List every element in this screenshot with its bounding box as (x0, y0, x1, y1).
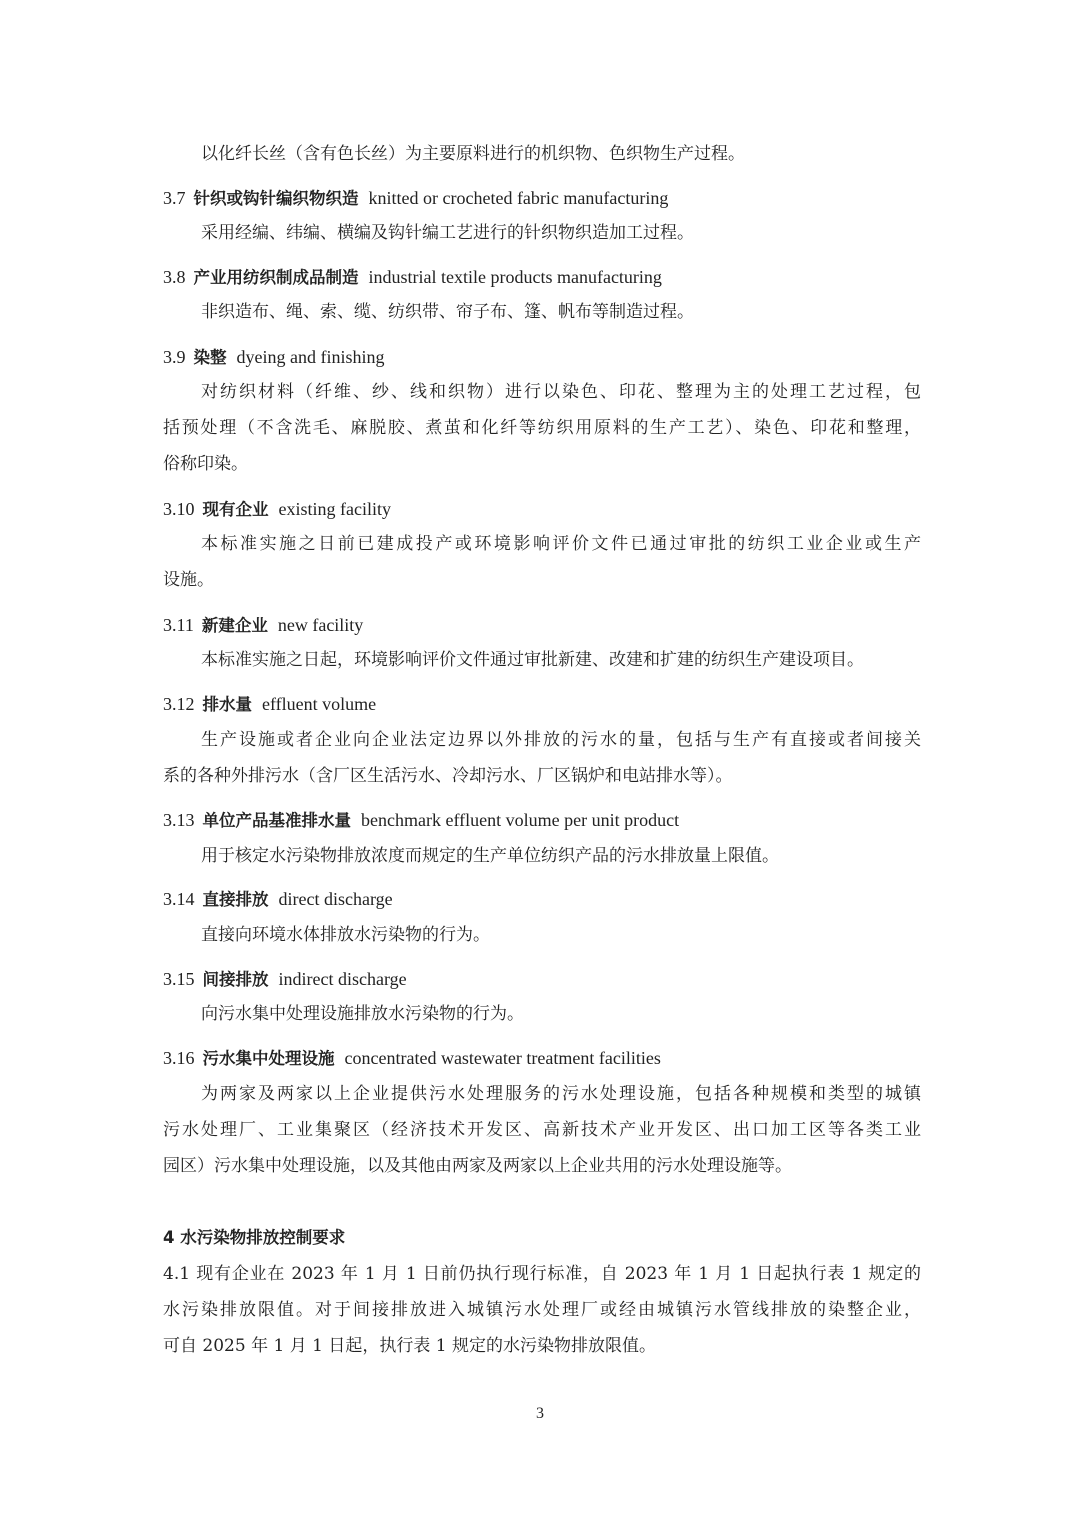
term-number: 3.7 (163, 188, 186, 208)
term-definition: 本标准实施之日起，环境影响评价文件通过审批新建、改建和扩建的纺织生产建设项目。 (201, 649, 921, 671)
section-paragraph: 4.1 现有企业在 2023 年 1 月 1 日前仍执行现行标准，自 2023 … (163, 1263, 921, 1285)
term-en: industrial textile products manufacturin… (369, 267, 662, 287)
term-zh: 直接排放 (203, 890, 269, 909)
term-heading-3-7: 3.7针织或钩针编织物织造knitted or crocheted fabric… (163, 187, 668, 210)
term-zh: 产业用纺织制成品制造 (194, 268, 359, 287)
term-heading-3-8: 3.8产业用纺织制成品制造industrial textile products… (163, 266, 662, 289)
term-zh: 染整 (194, 348, 227, 367)
term-definition: 污水处理厂、工业集聚区（经济技术开发区、高新技术产业开发区、出口加工区等各类工业 (163, 1119, 921, 1141)
term-definition: 非织造布、绳、索、缆、纺织带、帘子布、篷、帆布等制造过程。 (201, 301, 921, 323)
term-definition: 园区）污水集中处理设施，以及其他由两家及两家以上企业共用的污水处理设施等。 (163, 1155, 921, 1177)
term-en: dyeing and finishing (237, 347, 385, 367)
term-definition: 用于核定水污染物排放浓度而规定的生产单位纺织产品的污水排放量上限值。 (201, 845, 921, 867)
term-definition: 直接向环境水体排放水污染物的行为。 (201, 924, 921, 946)
term-en: new facility (278, 615, 363, 635)
term-definition: 采用经编、纬编、横编及钩针编工艺进行的针织物织造加工过程。 (201, 222, 921, 244)
term-zh: 现有企业 (203, 500, 269, 519)
section-heading: 4 水污染物排放控制要求 (163, 1227, 345, 1249)
term-number: 3.15 (163, 969, 195, 989)
term-number: 3.16 (163, 1048, 195, 1068)
term-definition: 向污水集中处理设施排放水污染物的行为。 (201, 1003, 921, 1025)
term-definition: 系的各种外排污水（含厂区生活污水、冷却污水、厂区锅炉和电站排水等）。 (163, 765, 921, 787)
term-definition: 设施。 (163, 569, 921, 591)
term-en: direct discharge (279, 889, 393, 909)
section-paragraph: 可自 2025 年 1 月 1 日起，执行表 1 规定的水污染物排放限值。 (163, 1335, 921, 1357)
term-number: 3.11 (163, 615, 194, 635)
term-zh: 单位产品基准排水量 (203, 811, 352, 830)
term-heading-3-16: 3.16污水集中处理设施concentrated wastewater trea… (163, 1047, 661, 1070)
term-en: knitted or crocheted fabric manufacturin… (369, 188, 669, 208)
term-number: 3.14 (163, 889, 195, 909)
term-heading-3-9: 3.9染整dyeing and finishing (163, 346, 384, 369)
term-zh: 针织或钩针编织物织造 (194, 189, 359, 208)
term-heading-3-10: 3.10现有企业existing facility (163, 498, 391, 521)
term-definition: 生产设施或者企业向企业法定边界以外排放的污水的量，包括与生产有直接或者间接关 (201, 729, 921, 751)
page-number: 3 (0, 1403, 1080, 1425)
term-en: effluent volume (262, 694, 376, 714)
term-number: 3.9 (163, 347, 186, 367)
term-definition: 括预处理（不含洗毛、麻脱胶、煮茧和化纤等纺织用原料的生产工艺）、染色、印花和整理… (163, 417, 921, 439)
term-number: 3.10 (163, 499, 195, 519)
term-zh: 新建企业 (202, 616, 268, 635)
term-heading-3-11: 3.11新建企业new facility (163, 614, 363, 637)
term-en: existing facility (279, 499, 391, 519)
term-number: 3.12 (163, 694, 195, 714)
term-en: concentrated wastewater treatment facili… (345, 1048, 661, 1068)
term-definition: 为两家及两家以上企业提供污水处理服务的污水处理设施，包括各种规模和类型的城镇 (201, 1083, 921, 1105)
term-en: benchmark effluent volume per unit produ… (361, 810, 679, 830)
section-paragraph: 水污染排放限值。对于间接排放进入城镇污水处理厂或经由城镇污水管线排放的染整企业， (163, 1299, 921, 1321)
term-definition: 对纺织材料（纤维、纱、线和织物）进行以染色、印花、整理为主的处理工艺过程，包 (201, 381, 921, 403)
document-page: 以化纤长丝（含有色长丝）为主要原料进行的机织物、色织物生产过程。 3.7针织或钩… (0, 0, 1080, 1527)
term-zh: 污水集中处理设施 (203, 1049, 335, 1068)
term-heading-3-14: 3.14直接排放direct discharge (163, 888, 393, 911)
term-zh: 间接排放 (203, 970, 269, 989)
term-number: 3.8 (163, 267, 186, 287)
term-definition: 俗称印染。 (163, 453, 921, 475)
term-en: indirect discharge (279, 969, 407, 989)
term-number: 3.13 (163, 810, 195, 830)
term-heading-3-15: 3.15间接排放indirect discharge (163, 968, 407, 991)
term-heading-3-13: 3.13单位产品基准排水量benchmark effluent volume p… (163, 809, 679, 832)
intro-line: 以化纤长丝（含有色长丝）为主要原料进行的机织物、色织物生产过程。 (201, 143, 921, 165)
term-heading-3-12: 3.12排水量effluent volume (163, 693, 376, 716)
term-definition: 本标准实施之日前已建成投产或环境影响评价文件已通过审批的纺织工业企业或生产 (201, 533, 921, 555)
term-zh: 排水量 (203, 695, 253, 714)
